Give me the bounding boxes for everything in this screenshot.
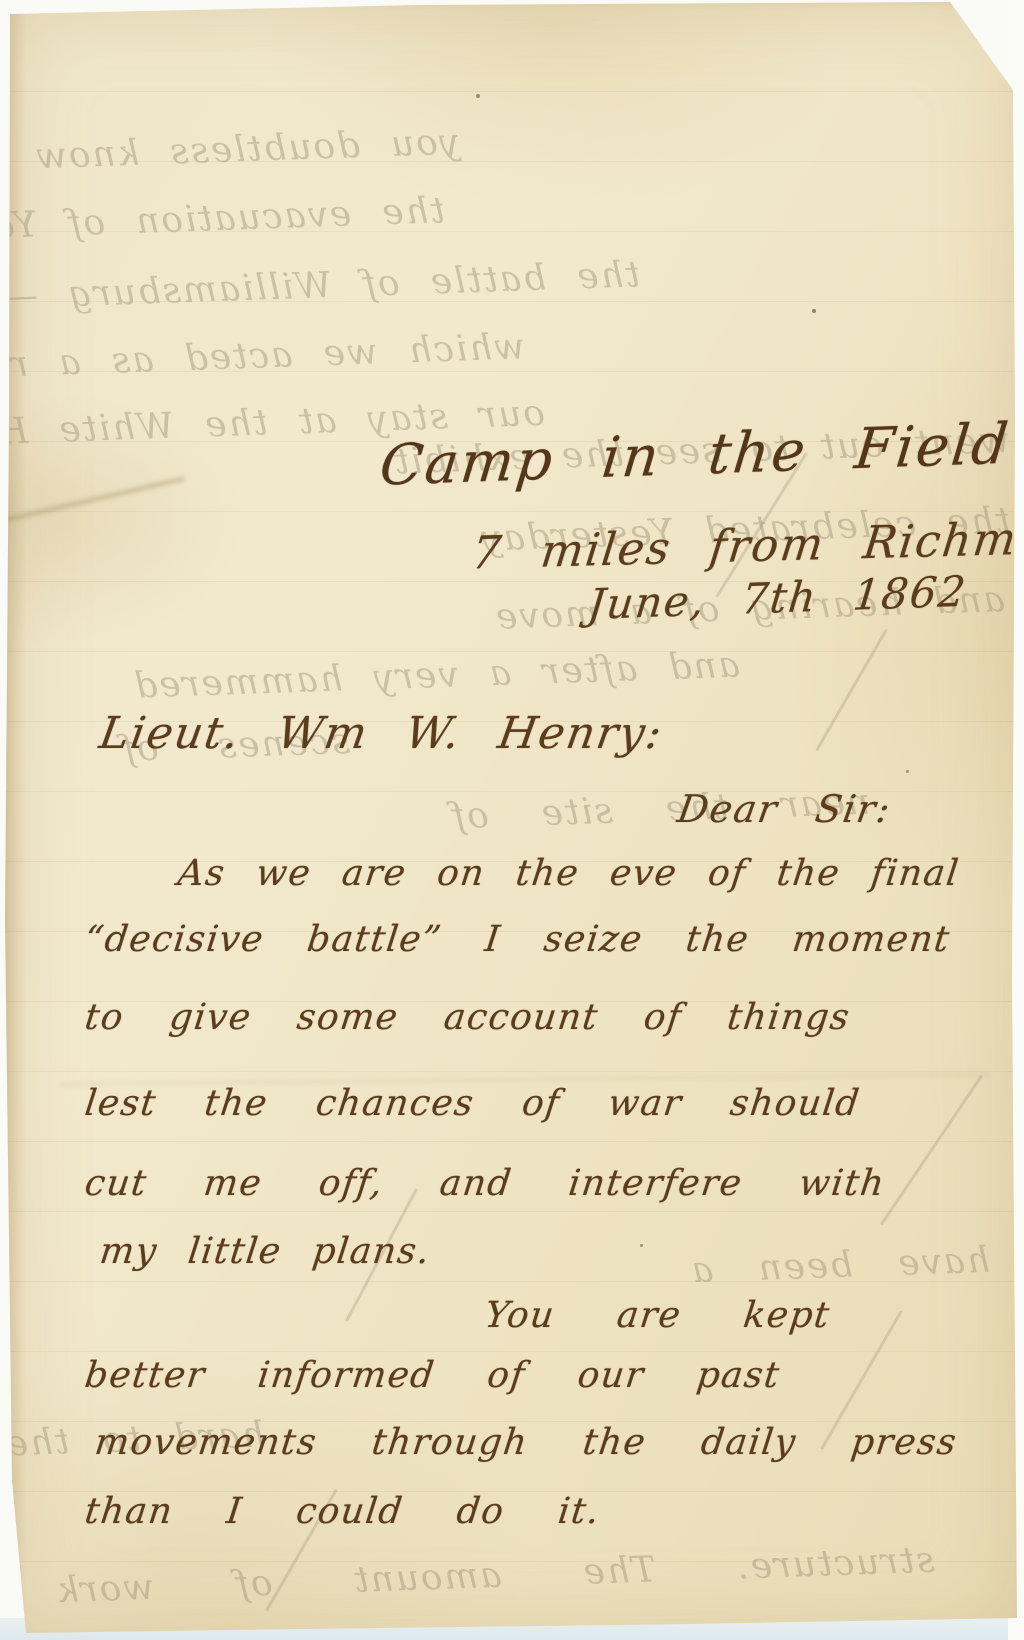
body-line: “decisive battle” I seize the moment [83, 922, 952, 958]
addressee-line: Lieut. Wm W. Henry: [97, 712, 649, 756]
ink-speck [476, 94, 480, 98]
body-line: As we are on the eve of the final [176, 856, 942, 892]
greeting-line: Dear Sir: [675, 790, 894, 828]
heading-date-line: June, 7th 1862 [586, 572, 930, 626]
body-line: better informed of our past [83, 1358, 782, 1394]
body-line: my little plans. [98, 1234, 432, 1270]
bleedthrough-line: have been a [689, 1243, 990, 1289]
body-line: cut me off, and interfere with [83, 1166, 887, 1202]
ink-speck [640, 1244, 643, 1247]
body-line: lest the chances of war should [83, 1086, 862, 1122]
heading-location-line: Camp in the Field [377, 425, 768, 495]
ink-speck [906, 770, 909, 773]
body-line: than I could do it. [83, 1494, 602, 1530]
body-line: You are kept [483, 1298, 832, 1334]
body-line: movements through the daily press [93, 1425, 959, 1461]
scanned-letter-page: you doubtless know all about the evacuat… [0, 0, 1024, 1640]
body-line: to give some account of things [83, 1000, 852, 1036]
heading-distance-line: 7 miles from Richmond [470, 517, 968, 575]
ink-speck [812, 309, 816, 313]
letter-paper: you doubtless know all about the evacuat… [0, 0, 1024, 1640]
